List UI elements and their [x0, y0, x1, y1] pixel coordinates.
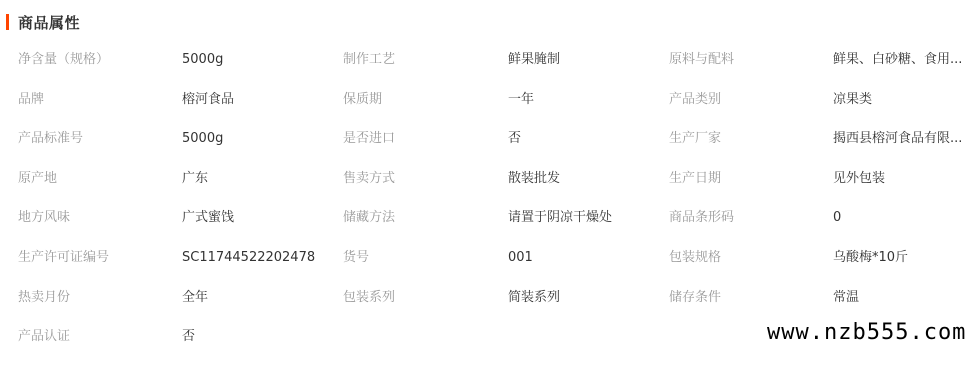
- attribute-value: 鲜果、白砂糖、食用...: [833, 40, 963, 80]
- attribute-row: 品牌 榕河食品 保质期 一年 产品类别 凉果类: [0, 80, 974, 120]
- attribute-label: 生产许可证编号: [18, 238, 178, 278]
- attribute-value: 一年: [508, 80, 658, 120]
- attribute-value: 简装系列: [508, 278, 658, 318]
- attribute-value: 全年: [182, 278, 332, 318]
- attribute-row: 原产地 广东 售卖方式 散装批发 生产日期 见外包装: [0, 159, 974, 199]
- attributes-grid: 净含量（规格） 5000g 制作工艺 鲜果腌制 原料与配料 鲜果、白砂糖、食用.…: [0, 40, 974, 357]
- attribute-row: 生产许可证编号 SC11744522202478 货号 001 包装规格 乌酸梅…: [0, 238, 974, 278]
- attribute-value: 001: [508, 238, 658, 278]
- watermark-text: www.nzb555.com: [767, 320, 966, 345]
- attribute-label: 生产日期: [669, 159, 829, 199]
- attribute-label: 生产厂家: [669, 119, 829, 159]
- attribute-label: 热卖月份: [18, 278, 178, 318]
- section-header: 商品属性: [6, 12, 80, 32]
- attribute-label: 品牌: [18, 80, 178, 120]
- attribute-label: 产品标准号: [18, 119, 178, 159]
- attribute-label: 原料与配料: [669, 40, 829, 80]
- attribute-row: 净含量（规格） 5000g 制作工艺 鲜果腌制 原料与配料 鲜果、白砂糖、食用.…: [0, 40, 974, 80]
- attribute-value: 否: [508, 119, 658, 159]
- attribute-label: 包装规格: [669, 238, 829, 278]
- attribute-value: 乌酸梅*10斤: [833, 238, 963, 278]
- attribute-value: 5000g: [182, 40, 332, 80]
- attribute-label: 商品条形码: [669, 198, 829, 238]
- attribute-value: SC11744522202478: [182, 238, 332, 278]
- attribute-label: 原产地: [18, 159, 178, 199]
- section-title: 商品属性: [18, 12, 80, 33]
- attribute-value: 广东: [182, 159, 332, 199]
- attribute-row: 产品标准号 5000g 是否进口 否 生产厂家 揭西县榕河食品有限...: [0, 119, 974, 159]
- attribute-row: 热卖月份 全年 包装系列 简装系列 储存条件 常温: [0, 278, 974, 318]
- attribute-label: 地方风味: [18, 198, 178, 238]
- attribute-row: 地方风味 广式蜜饯 储藏方法 请置于阴凉干燥处 商品条形码 0: [0, 198, 974, 238]
- attribute-label: 储藏方法: [343, 198, 503, 238]
- attribute-value: 否: [182, 317, 332, 357]
- attribute-value: 榕河食品: [182, 80, 332, 120]
- attribute-label: 保质期: [343, 80, 503, 120]
- attribute-value: 见外包装: [833, 159, 963, 199]
- attribute-label: 产品类别: [669, 80, 829, 120]
- attribute-label: 包装系列: [343, 278, 503, 318]
- attribute-label: 制作工艺: [343, 40, 503, 80]
- accent-bar: [6, 14, 9, 30]
- attribute-label: 储存条件: [669, 278, 829, 318]
- attribute-label: 是否进口: [343, 119, 503, 159]
- attribute-label: 净含量（规格）: [18, 40, 178, 80]
- attribute-value: 请置于阴凉干燥处: [508, 198, 658, 238]
- attribute-value: 鲜果腌制: [508, 40, 658, 80]
- attribute-value: 广式蜜饯: [182, 198, 332, 238]
- attribute-label: 售卖方式: [343, 159, 503, 199]
- attribute-value: 0: [833, 198, 963, 238]
- attribute-value: 常温: [833, 278, 963, 318]
- attribute-value: 5000g: [182, 119, 332, 159]
- attribute-label: 产品认证: [18, 317, 178, 357]
- attribute-label: 货号: [343, 238, 503, 278]
- attribute-value: 散装批发: [508, 159, 658, 199]
- attribute-value: 凉果类: [833, 80, 963, 120]
- attribute-value: 揭西县榕河食品有限...: [833, 119, 963, 159]
